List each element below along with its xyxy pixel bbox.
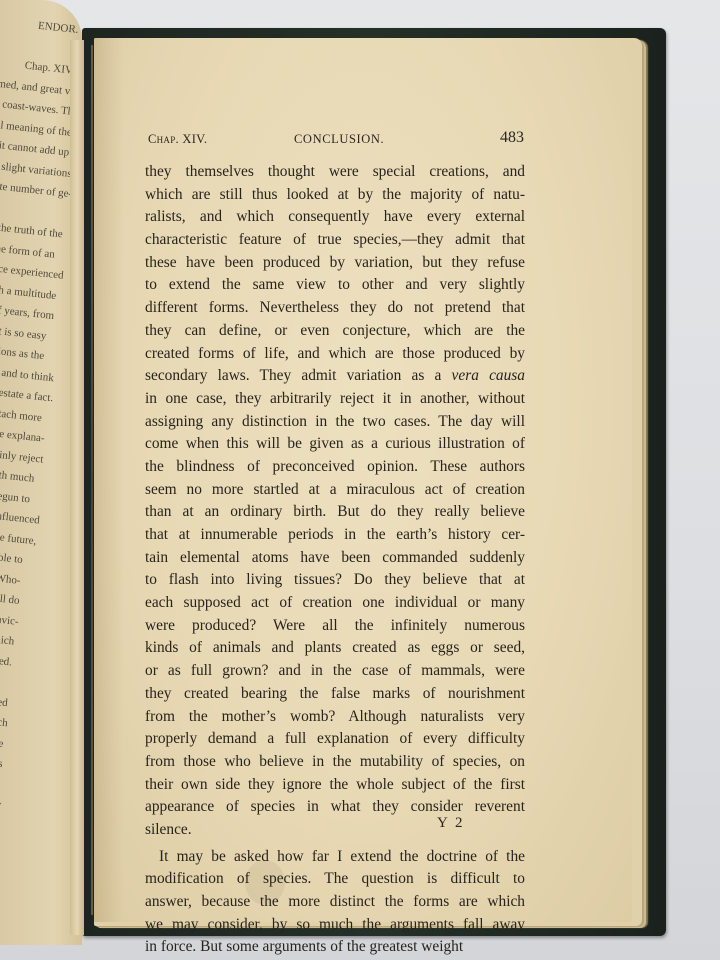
text-line: characteristic feature of true species,—… xyxy=(145,229,525,252)
chapter-label: Chap. XIV. xyxy=(148,132,207,147)
text-line: they themselves thought were special cre… xyxy=(145,161,525,184)
text-line: silence. xyxy=(145,819,525,842)
signature-mark: Y 2 xyxy=(437,815,465,832)
text-line: ralists, and which consequently have eve… xyxy=(145,206,525,229)
text-line: tain elemental atoms have been commanded… xyxy=(145,547,525,570)
text-line: which are still thus looked at by the ma… xyxy=(145,184,525,207)
text-line: in force. But some arguments of the grea… xyxy=(145,936,525,959)
text-line: from the mother’s womb? Although natural… xyxy=(145,706,525,729)
italic-phrase: vera causa xyxy=(452,367,525,384)
signature-text: Y 2 xyxy=(437,815,465,831)
text-line: kinds of animals and plants created as e… xyxy=(145,637,525,660)
text-line: the blindness of preconceived opinion. T… xyxy=(145,456,525,479)
text-line: created forms of life, and which are tho… xyxy=(145,343,525,366)
running-head: Chap. XIV. CONCLUSION. 483 xyxy=(148,131,524,149)
text-line: It may be asked how far I extend the doc… xyxy=(145,846,525,869)
text-line: from those who believe in the mutability… xyxy=(145,751,525,774)
text-line: they created bearing the false marks of … xyxy=(145,683,525,706)
chapter-title: CONCLUSION. xyxy=(294,132,384,147)
text-line: their own side they ignore the whole sub… xyxy=(145,774,525,797)
left-page-edge xyxy=(70,40,84,935)
text-line: properly demand a full explanation of ev… xyxy=(145,728,525,751)
text-line: come when this will be given as a curiou… xyxy=(145,433,525,456)
text-line: each supposed act of creation one indivi… xyxy=(145,592,525,615)
text-line: secondary laws. They admit variation as … xyxy=(145,365,525,388)
text-line: different forms. Nevertheless they do no… xyxy=(145,297,525,320)
text-line: they can define, or even conjecture, whi… xyxy=(145,320,525,343)
text-line: in one case, they arbitrarily reject it … xyxy=(145,388,525,411)
text-line: that at innumerable periods in the earth… xyxy=(145,524,525,547)
text-line: were produced? Were all the infinitely n… xyxy=(145,615,525,638)
text-line: or as full grown? and in the case of mam… xyxy=(145,660,525,683)
text-line: appearance of species in what they consi… xyxy=(145,796,525,819)
body-text: they themselves thought were special cre… xyxy=(145,161,525,959)
gutter-shadow xyxy=(94,38,124,922)
gutter-crease xyxy=(91,45,93,915)
text-line: modification of species. The question is… xyxy=(145,868,525,891)
text-line: to extend the same view to other and ver… xyxy=(145,274,525,297)
text-line: we may consider, by so much the argument… xyxy=(145,914,525,937)
text-line: answer, because the more distinct the fo… xyxy=(145,891,525,914)
text-line: these have been produced by variation, b… xyxy=(145,252,525,275)
facing-page-text: ENDOR.Chap. XIV.n formed, and great vall… xyxy=(0,10,79,815)
text-line: to flash into living tissues? Do they be… xyxy=(145,569,525,592)
text-line: than at an ordinary birth. But do they r… xyxy=(145,501,525,524)
text-line: assigning any distinction in the two cas… xyxy=(145,411,525,434)
page-number: 483 xyxy=(500,129,524,147)
text-line: seem no more startled at a miraculous ac… xyxy=(145,479,525,502)
